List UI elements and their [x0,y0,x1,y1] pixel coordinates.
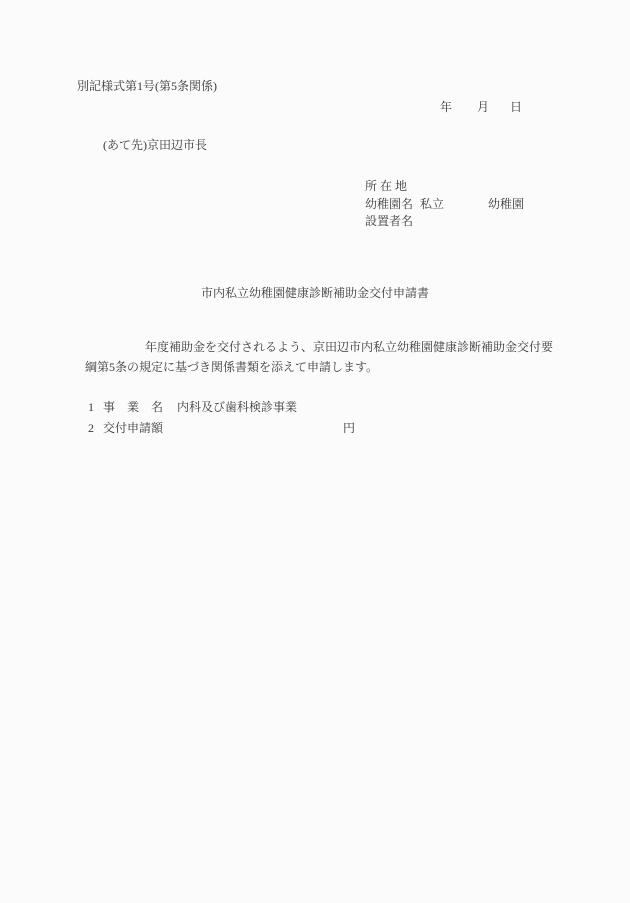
item-2-label: 交付申請額 [103,421,163,435]
private-label: 私立 [420,197,444,211]
applicant-founder-row: 設置者名 [365,214,625,230]
addressee: (あて先)京田辺市長 [103,138,207,152]
item-row-business-name: 1 事 業 名 内科及び歯科検診事業 [88,400,588,416]
form-number: 別記様式第1号(第5条関係) [77,79,217,93]
body-paragraph-line-2: 綱第5条の規定に基づき関係書類を添えて申請します。 [85,360,378,374]
date-day-label: 日 [510,100,522,114]
item-row-application-amount: 2 交付申請額 円 [88,421,588,437]
body-paragraph-line-1: 年度補助金を交付されるよう、京田辺市内私立幼稚園健康診断補助金交付要 [145,340,553,354]
date-month-label: 月 [477,100,489,114]
item-2-number: 2 [88,421,94,435]
item-1-value: 内科及び歯科検診事業 [177,400,297,414]
applicant-address-row: 所 在 地 [365,179,625,195]
founder-name-label: 設置者名 [365,214,413,228]
kindergarten-suffix-label: 幼稚園 [488,197,524,211]
address-label: 所 在 地 [365,179,407,193]
application-form-page: 別記様式第1号(第5条関係) 年 月 日 (あて先)京田辺市長 所 在 地 幼稚… [0,0,630,903]
kindergarten-name-label: 幼稚園名 [365,197,413,211]
item-1-label: 事 業 名 [103,400,163,414]
document-title: 市内私立幼稚園健康診断補助金交付申請書 [0,286,630,300]
applicant-kindergarten-row: 幼稚園名 私立 幼稚園 [365,197,625,213]
amount-unit-label: 円 [343,421,355,435]
item-1-number: 1 [88,400,94,414]
date-year-label: 年 [440,100,452,114]
